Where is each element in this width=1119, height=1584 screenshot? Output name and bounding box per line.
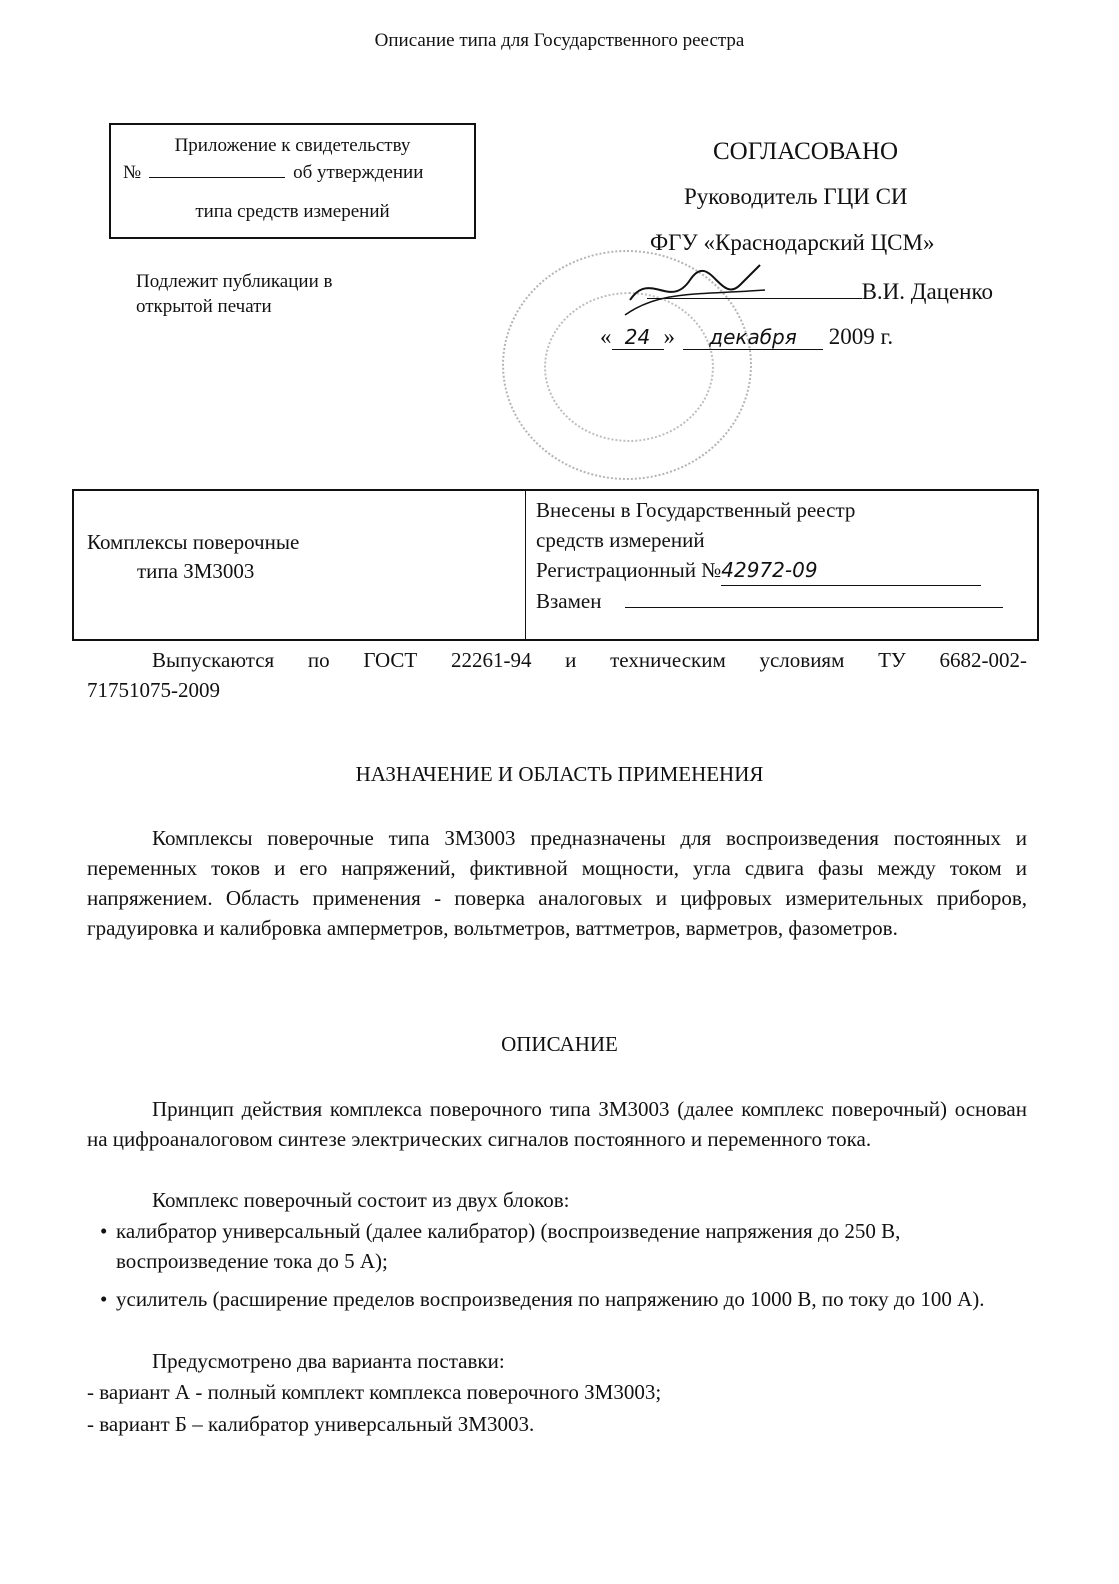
date-year: 2009 г. — [829, 324, 893, 349]
publication-note: Подлежит публикации в открытой печати — [136, 269, 332, 319]
list-item-text: усилитель (расширение пределов воспроизв… — [116, 1287, 985, 1311]
block-list: • калибратор универсальный (далее калибр… — [100, 1216, 1030, 1322]
publication-note-line-2: открытой печати — [136, 294, 332, 319]
signatory-name: В.И. Даценко — [862, 279, 993, 304]
date-day: 24 — [612, 325, 664, 350]
issued-by-paragraph: Выпускаются по ГОСТ 22261-94 и техническ… — [87, 645, 1027, 705]
registry-info-cell: Внесены в Государственный реестр средств… — [536, 495, 1026, 616]
registry-line-1: Внесены в Государственный реестр — [536, 495, 1026, 525]
list-item-text: калибратор универсальный (далее калибрат… — [116, 1219, 900, 1273]
product-name-line-1: Комплексы поверочные — [87, 528, 299, 557]
approval-title: СОГЛАСОВАНО — [713, 138, 898, 166]
bullet-icon: • — [100, 1284, 107, 1314]
list-item: • усилитель (расширение пределов воспрои… — [100, 1284, 1030, 1314]
replace-blank — [625, 589, 1003, 608]
date-month: декабря — [683, 325, 823, 350]
date-open-quote: « — [600, 324, 612, 349]
registry-line-2: средств измерений — [536, 525, 1026, 555]
replace-label: Взамен — [536, 589, 601, 613]
composition-intro: Комплекс поверочный состоит из двух блок… — [152, 1185, 570, 1215]
appendix-line-3: типа средств измерений — [111, 201, 474, 223]
variant-b: - вариант Б – калибратор универсальный З… — [87, 1408, 661, 1440]
product-name-cell: Комплексы поверочные типа ЗМ3003 — [87, 528, 299, 586]
certificate-appendix-box: Приложение к свидетельству №об утвержден… — [109, 123, 476, 239]
issued-by-line-2: 71751075-2009 — [87, 675, 1027, 705]
appendix-line-2-suffix: об утверждении — [293, 162, 423, 183]
delivery-intro: Предусмотрено два варианта поставки: — [152, 1346, 505, 1376]
approval-date: «24»декабря 2009 г. — [600, 324, 893, 350]
document-header-title: Описание типа для Государственного реест… — [0, 30, 1119, 52]
publication-note-line-1: Подлежит публикации в — [136, 269, 332, 294]
approver-organization: ФГУ «Краснодарский ЦСМ» — [650, 230, 934, 256]
signature-line: В.И. Даценко — [600, 279, 993, 305]
appendix-line-2: №об утверждении — [123, 162, 423, 184]
registration-number-row: Регистрационный №42972-09 — [536, 555, 1026, 586]
registration-number-label: Регистрационный № — [536, 558, 721, 582]
product-name-line-2: типа ЗМ3003 — [87, 557, 299, 586]
purpose-paragraph: Комплексы поверочные типа ЗМ3003 предназ… — [87, 823, 1027, 943]
date-close-quote: » — [664, 324, 676, 349]
delivery-variants: - вариант А - полный комплект комплекса … — [87, 1376, 661, 1440]
registration-table: Комплексы поверочные типа ЗМ3003 Внесены… — [72, 489, 1039, 641]
replace-row: Взамен — [536, 586, 1026, 616]
appendix-line-1: Приложение к свидетельству — [111, 135, 474, 157]
list-item: • калибратор универсальный (далее калибр… — [100, 1216, 1030, 1276]
variant-a: - вариант А - полный комплект комплекса … — [87, 1376, 661, 1408]
registration-number-value: 42972-09 — [721, 555, 981, 586]
section-title-purpose: НАЗНАЧЕНИЕ И ОБЛАСТЬ ПРИМЕНЕНИЯ — [0, 762, 1119, 787]
section-title-description: ОПИСАНИЕ — [0, 1032, 1119, 1057]
certificate-number-blank — [149, 163, 285, 178]
principle-paragraph: Принцип действия комплекса поверочного т… — [87, 1094, 1027, 1154]
number-sign: № — [123, 162, 141, 183]
approver-position: Руководитель ГЦИ СИ — [684, 184, 908, 210]
table-divider — [525, 491, 526, 639]
signature-blank — [647, 280, 862, 299]
issued-by-line-1: Выпускаются по ГОСТ 22261-94 и техническ… — [87, 645, 1027, 675]
bullet-icon: • — [100, 1216, 107, 1246]
